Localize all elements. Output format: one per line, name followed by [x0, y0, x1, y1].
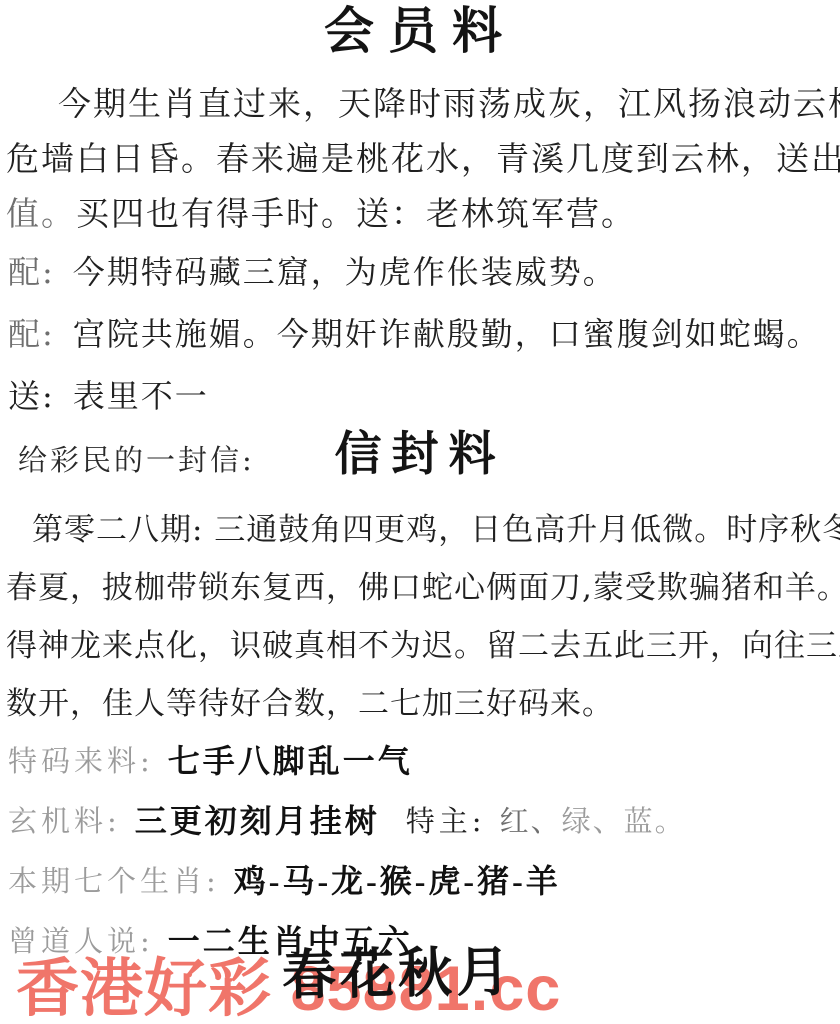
member-section-title: 会员料: [0, 0, 840, 60]
member-tip-2-text: 宫院共施媚。今期奸诈献殷勤，口蜜腹剑如蛇蝎。: [73, 309, 821, 355]
xuanji-tip-row: 玄机料: 三更初刻月挂树 特主: 红、 绿、蓝。: [0, 789, 840, 849]
envelope-side-label: 给彩民的一封信:: [18, 438, 255, 479]
shengxiao-tip-row: 本期七个生肖: 鸡-马-龙-猴-虎-猪-羊: [0, 849, 840, 909]
envelope-paragraph-line-3: 得神龙来点化，识破真相不为迟。留二去五此三开，向往三五二: [6, 613, 834, 671]
member-paragraph-line-3-text: 买四也有得手时。送：老林筑军营。: [76, 188, 636, 235]
tezhu-value-clear: 红、: [500, 799, 562, 840]
footer: 香港好彩 85881.cc 春花秋月: [0, 934, 840, 1024]
shengxiao-label: 本期七个生肖:: [8, 859, 220, 900]
envelope-paragraph: 第零二八期: 三通鼓角四更鸡，日色高升月低微。时序秋冬又 春夏，披枷带锁东复西，…: [0, 497, 840, 729]
member-tip-3-text: 表里不一: [73, 371, 209, 417]
tezhu-value-faint: 绿、蓝。: [562, 799, 686, 840]
member-paragraph-line-3-faint-prefix: 值。: [6, 188, 76, 235]
member-tip-row-3: 送: 表里不一: [0, 363, 840, 425]
tema-value: 七手八脚乱一气: [168, 736, 413, 782]
envelope-section-header: 给彩民的一封信: 信封料: [0, 425, 840, 485]
member-tip-1-text: 今期特码藏三窟，为虎作伥装威势。: [73, 247, 617, 293]
tema-tip-row: 特码来料: 七手八脚乱一气: [0, 729, 840, 789]
xuanji-label: 玄机料:: [8, 799, 121, 840]
envelope-paragraph-line-1: 第零二八期: 三通鼓角四更鸡，日色高升月低微。时序秋冬又: [6, 497, 834, 555]
member-tip-row-1: 配: 今期特码藏三窟，为虎作伥装威势。: [0, 239, 840, 301]
shengxiao-value: 鸡-马-龙-猴-虎-猪-羊: [234, 856, 561, 902]
member-tip-3-label: 送:: [8, 371, 55, 417]
member-tip-2-label: 配:: [8, 309, 55, 355]
member-paragraph-line-3: 值。 买四也有得手时。送：老林筑军营。: [6, 184, 834, 239]
envelope-paragraph-line-4: 数开，佳人等待好合数，二七加三好码来。: [6, 671, 834, 729]
handwritten-signature: 春花秋月: [281, 929, 514, 1010]
envelope-paragraph-line-2: 春夏，披枷带锁东复西，佛口蛇心俩面刀,蒙受欺骗猪和羊。幸: [6, 555, 834, 613]
tema-label: 特码来料:: [8, 739, 154, 780]
xuanji-value: 三更初刻月挂树: [135, 796, 380, 842]
member-paragraph-line-1: 今期生肖直过来，天降时雨荡成灰，江风扬浪动云根，重碇: [6, 74, 834, 129]
member-paragraph-line-2: 危墙白日昏。春来遍是桃花水，青溪几度到云林，送出一八求六: [6, 129, 834, 184]
member-tip-1-label: 配:: [8, 247, 55, 293]
member-tip-row-2: 配: 宫院共施媚。今期奸诈献殷勤，口蜜腹剑如蛇蝎。: [0, 301, 840, 363]
member-paragraph: 今期生肖直过来，天降时雨荡成灰，江风扬浪动云根，重碇 危墙白日昏。春来遍是桃花水…: [0, 74, 840, 239]
tezhu-label: 特主:: [406, 799, 486, 840]
lottery-tip-sheet: 会员料 今期生肖直过来，天降时雨荡成灰，江风扬浪动云根，重碇 危墙白日昏。春来遍…: [0, 0, 840, 1024]
